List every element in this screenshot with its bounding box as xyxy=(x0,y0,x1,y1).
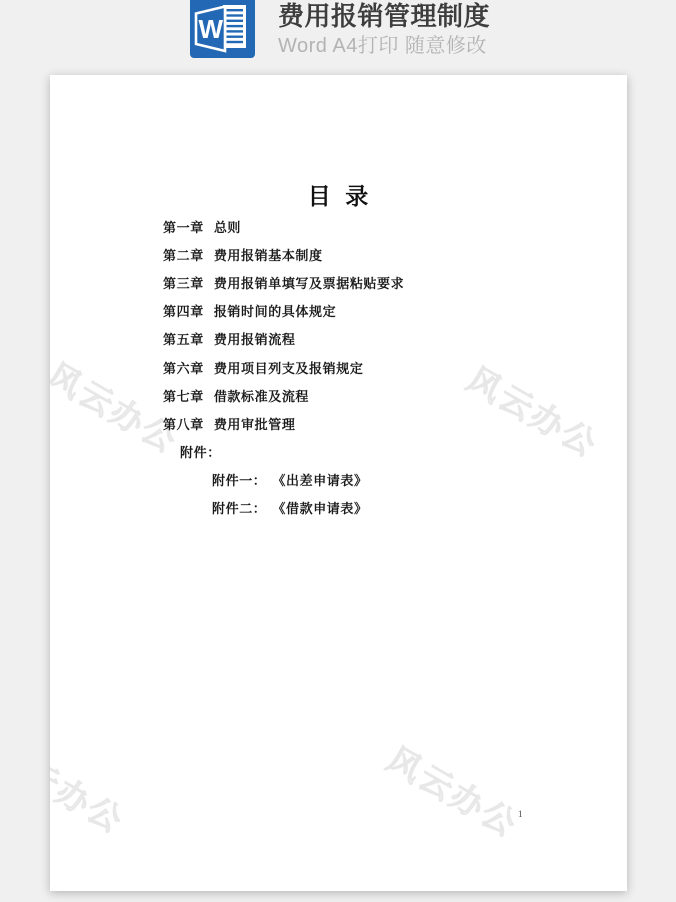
toc-row: 第四章 报销时间的具体规定 xyxy=(50,297,627,325)
toc-row: 第三章 费用报销单填写及票据粘贴要求 xyxy=(50,268,627,296)
header-text-block: 费用报销管理制度 Word A4打印 随意修改 xyxy=(278,0,490,58)
toc-chapter-label: 第八章 xyxy=(163,414,204,433)
template-subtitle: Word A4打印 随意修改 xyxy=(278,34,490,58)
toc-chapter-title: 费用报销流程 xyxy=(214,329,296,348)
toc-row: 第五章 费用报销流程 xyxy=(50,325,627,353)
toc-chapter-title: 报销时间的具体规定 xyxy=(214,301,336,320)
page-canvas: W 费用报销管理制度 Word A4打印 随意修改 风云办公 风云办公 风云办公… xyxy=(0,0,676,902)
word-icon-letter: W xyxy=(199,14,224,44)
toc-chapter-title: 费用审批管理 xyxy=(214,414,296,433)
toc-appendix-heading-label: 附件： xyxy=(180,442,221,461)
toc-chapter-label: 第三章 xyxy=(163,273,204,292)
document-page: 风云办公 风云办公 风云办公 风云办公 目 录 第一章 总则 第二章 费用报销基… xyxy=(50,75,627,891)
toc-chapter-label: 第五章 xyxy=(163,329,204,348)
toc-chapter-title: 费用报销单填写及票据粘贴要求 xyxy=(214,273,404,292)
toc-row: 第七章 借款标准及流程 xyxy=(50,381,627,409)
toc-appendix-title: 《借款申请表》 xyxy=(272,498,367,517)
toc-appendix-title: 《出差申请表》 xyxy=(272,470,367,489)
toc-chapter-title: 费用报销基本制度 xyxy=(214,245,323,264)
toc-chapter-label: 第四章 xyxy=(163,301,204,320)
toc-heading: 目 录 xyxy=(50,178,627,211)
toc-appendix-label: 附件一： xyxy=(212,470,266,489)
watermark: 风云办公 xyxy=(380,734,528,847)
template-title: 费用报销管理制度 xyxy=(278,0,490,32)
toc-chapter-title: 借款标准及流程 xyxy=(214,386,309,405)
toc-row: 附件二： 《借款申请表》 xyxy=(50,494,627,522)
toc-row: 第一章 总则 xyxy=(50,212,627,240)
toc-chapter-label: 第六章 xyxy=(163,358,204,377)
toc-appendix-label: 附件二： xyxy=(212,498,266,517)
toc-row: 第八章 费用审批管理 xyxy=(50,409,627,437)
toc-chapter-title: 费用项目列支及报销规定 xyxy=(214,358,364,377)
toc-chapter-title: 总则 xyxy=(214,217,241,236)
toc-row: 附件一： 《出差申请表》 xyxy=(50,466,627,494)
toc-row: 第二章 费用报销基本制度 xyxy=(50,240,627,268)
table-of-contents: 第一章 总则 第二章 费用报销基本制度 第三章 费用报销单填写及票据粘贴要求 第… xyxy=(50,212,627,522)
page-number: 1 xyxy=(518,809,523,819)
template-header: W 费用报销管理制度 Word A4打印 随意修改 xyxy=(0,0,676,64)
toc-row: 第六章 费用项目列支及报销规定 xyxy=(50,353,627,381)
word-icon: W xyxy=(190,0,255,58)
toc-chapter-label: 第二章 xyxy=(163,245,204,264)
watermark: 风云办公 xyxy=(50,730,134,843)
toc-chapter-label: 第七章 xyxy=(163,386,204,405)
toc-appendix-heading: 附件： xyxy=(50,438,627,466)
toc-chapter-label: 第一章 xyxy=(163,217,204,236)
